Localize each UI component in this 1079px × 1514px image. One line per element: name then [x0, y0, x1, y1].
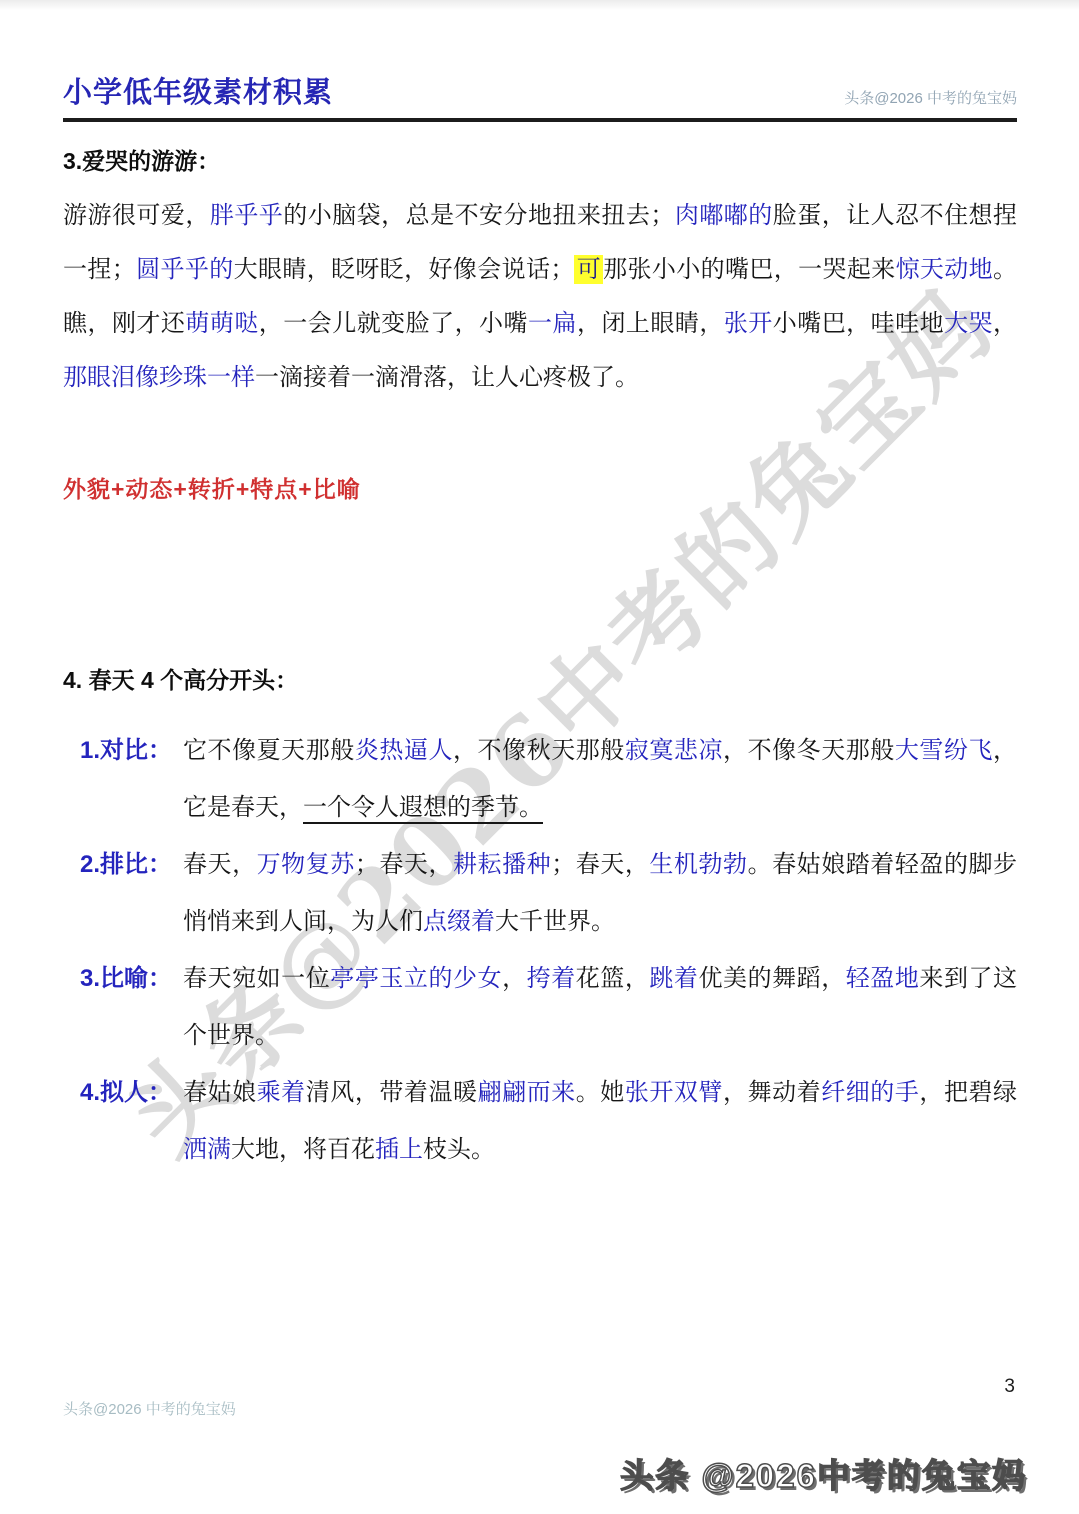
item-text: 春天宛如一位亭亭玉立的少女，挎着花篮，跳着优美的舞蹈，轻盈地来到了这个世界。 — [183, 965, 1017, 1049]
list-item-contrast: 1.对比： 它不像夏天那般炎热逼人，不像秋天那般寂寞悲凉，不像冬天那般大雪纷飞，… — [63, 722, 1017, 836]
list-item-parallelism: 2.排比： 春天，万物复苏；春天，耕耘播种；春天，生机勃勃。春姑娘踏着轻盈的脚步… — [63, 836, 1017, 950]
section-4-item-list: 1.对比： 它不像夏天那般炎热逼人，不像秋天那般寂寞悲凉，不像冬天那般大雪纷飞，… — [63, 722, 1017, 1178]
item-label: 3.比喻： — [80, 950, 172, 1007]
section-3-paragraph: 游游很可爱，胖乎乎的小脑袋，总是不安分地扭来扭去；肉嘟嘟的脸蛋，让人忍不住想捏一… — [63, 189, 1017, 405]
writing-formula-line: 外貌+动态+转折+特点+比喻 — [63, 471, 1017, 504]
list-item-personification: 4.拟人： 春姑娘乘着清风，带着温暖翩翩而来。她张开双臂，舞动着纤细的手，把碧绿… — [63, 1064, 1017, 1178]
item-label: 1.对比： — [80, 722, 172, 779]
footer-brand-watermark: 头条@2026 中考的兔宝妈 — [63, 1398, 236, 1419]
list-item-metaphor: 3.比喻： 春天宛如一位亭亭玉立的少女，挎着花篮，跳着优美的舞蹈，轻盈地来到了这… — [63, 950, 1017, 1064]
page-header: 小学低年级素材积累 头条@2026 中考的兔宝妈 — [63, 0, 1017, 111]
page-title: 小学低年级素材积累 — [63, 70, 333, 111]
header-divider — [63, 118, 1017, 122]
page-number: 3 — [1004, 1376, 1015, 1398]
header-brand-watermark: 头条@2026 中考的兔宝妈 — [844, 87, 1017, 111]
item-label: 4.拟人： — [80, 1064, 172, 1121]
item-text: 它不像夏天那般炎热逼人，不像秋天那般寂寞悲凉，不像冬天那般大雪纷飞，它是春天，一… — [183, 737, 1017, 821]
document-page: 小学低年级素材积累 头条@2026 中考的兔宝妈 3.爱哭的游游： 游游很可爱，… — [0, 0, 1079, 1178]
item-label: 2.排比： — [80, 836, 172, 893]
section-4-heading: 4. 春天 4 个高分开头： — [63, 662, 1017, 695]
section-3-heading: 3.爱哭的游游： — [63, 143, 1017, 176]
item-text: 春姑娘乘着清风，带着温暖翩翩而来。她张开双臂，舞动着纤细的手，把碧绿洒满大地，将… — [183, 1079, 1017, 1163]
item-text: 春天，万物复苏；春天，耕耘播种；春天，生机勃勃。春姑娘踏着轻盈的脚步悄悄来到人间… — [183, 851, 1017, 935]
bottom-outlined-watermark: 头条 @2026中考的兔宝妈 — [620, 1450, 1027, 1497]
